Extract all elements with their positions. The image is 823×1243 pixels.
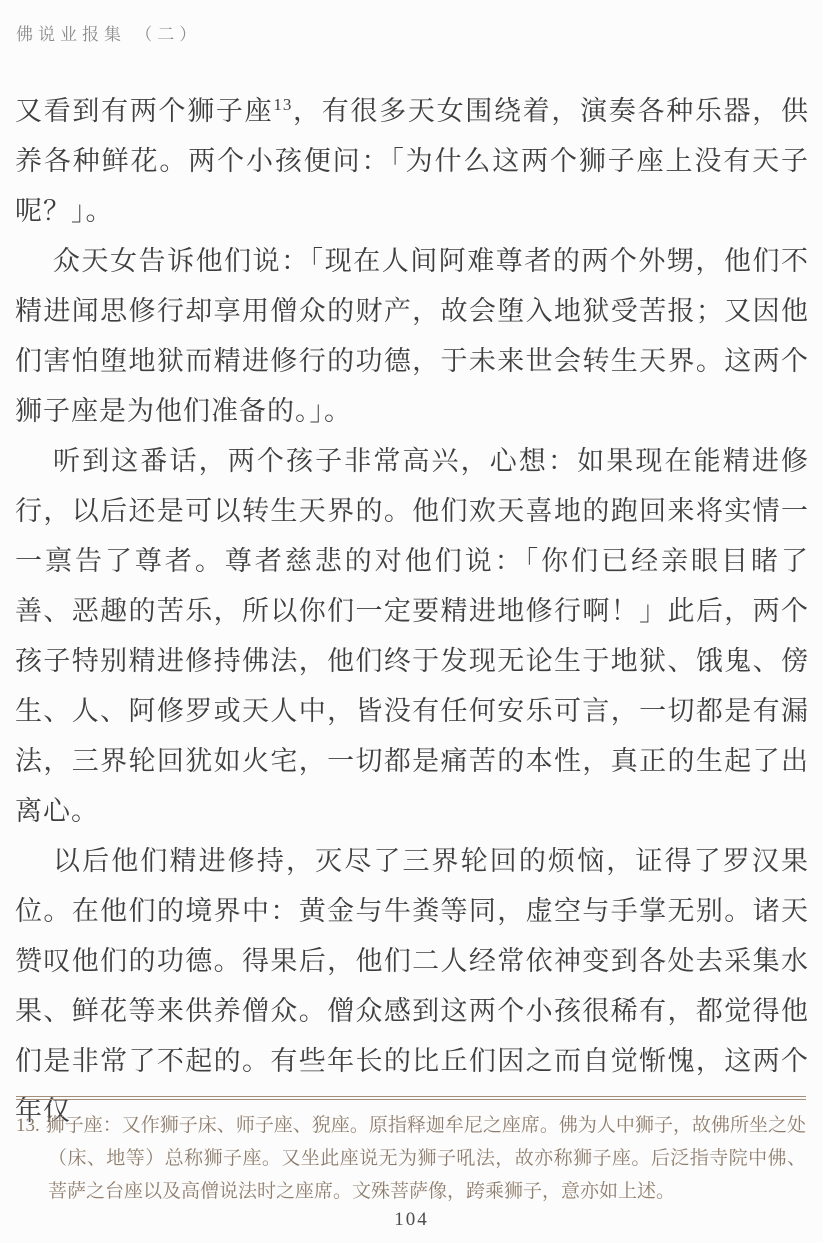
page-number: 104: [0, 1209, 823, 1231]
footnote-reference-13: 13: [273, 95, 292, 114]
paragraph-4: 以后他们精进修持，灭尽了三界轮回的烦恼，证得了罗汉果位。在他们的境界中：黄金与牛…: [15, 836, 809, 1136]
footnote-number: 13.: [16, 1115, 40, 1136]
body-text: 又看到有两个狮子座13，有很多天女围绕着，演奏各种乐器，供养各种鲜花。两个小孩便…: [15, 86, 809, 1136]
footnote-item: 13.狮子座：又作狮子床、师子座、猊座。原指释迦牟尼之座席。佛为人中狮子，故佛所…: [16, 1109, 806, 1208]
paragraph-2: 众天女告诉他们说：「现在人间阿难尊者的两个外甥，他们不精进闻思修行却享用僧众的财…: [15, 236, 809, 436]
footnote-section: 13.狮子座：又作狮子床、师子座、猊座。原指释迦牟尼之座席。佛为人中狮子，故佛所…: [16, 1096, 806, 1208]
footnote-text: 狮子座：又作狮子床、师子座、猊座。原指释迦牟尼之座席。佛为人中狮子，故佛所坐之处…: [46, 1115, 806, 1202]
running-header: 佛说业报集 （二）: [16, 20, 201, 45]
book-page: 佛说业报集 （二） 又看到有两个狮子座13，有很多天女围绕着，演奏各种乐器，供养…: [0, 0, 823, 1243]
footnote-divider-rule: [16, 1096, 806, 1100]
paragraph-3: 听到这番话，两个孩子非常高兴，心想：如果现在能精进修行，以后还是可以转生天界的。…: [15, 436, 809, 836]
paragraph-1-text-before-footnote-ref: 又看到有两个狮子座: [15, 96, 273, 126]
paragraph-1: 又看到有两个狮子座13，有很多天女围绕着，演奏各种乐器，供养各种鲜花。两个小孩便…: [15, 86, 809, 236]
